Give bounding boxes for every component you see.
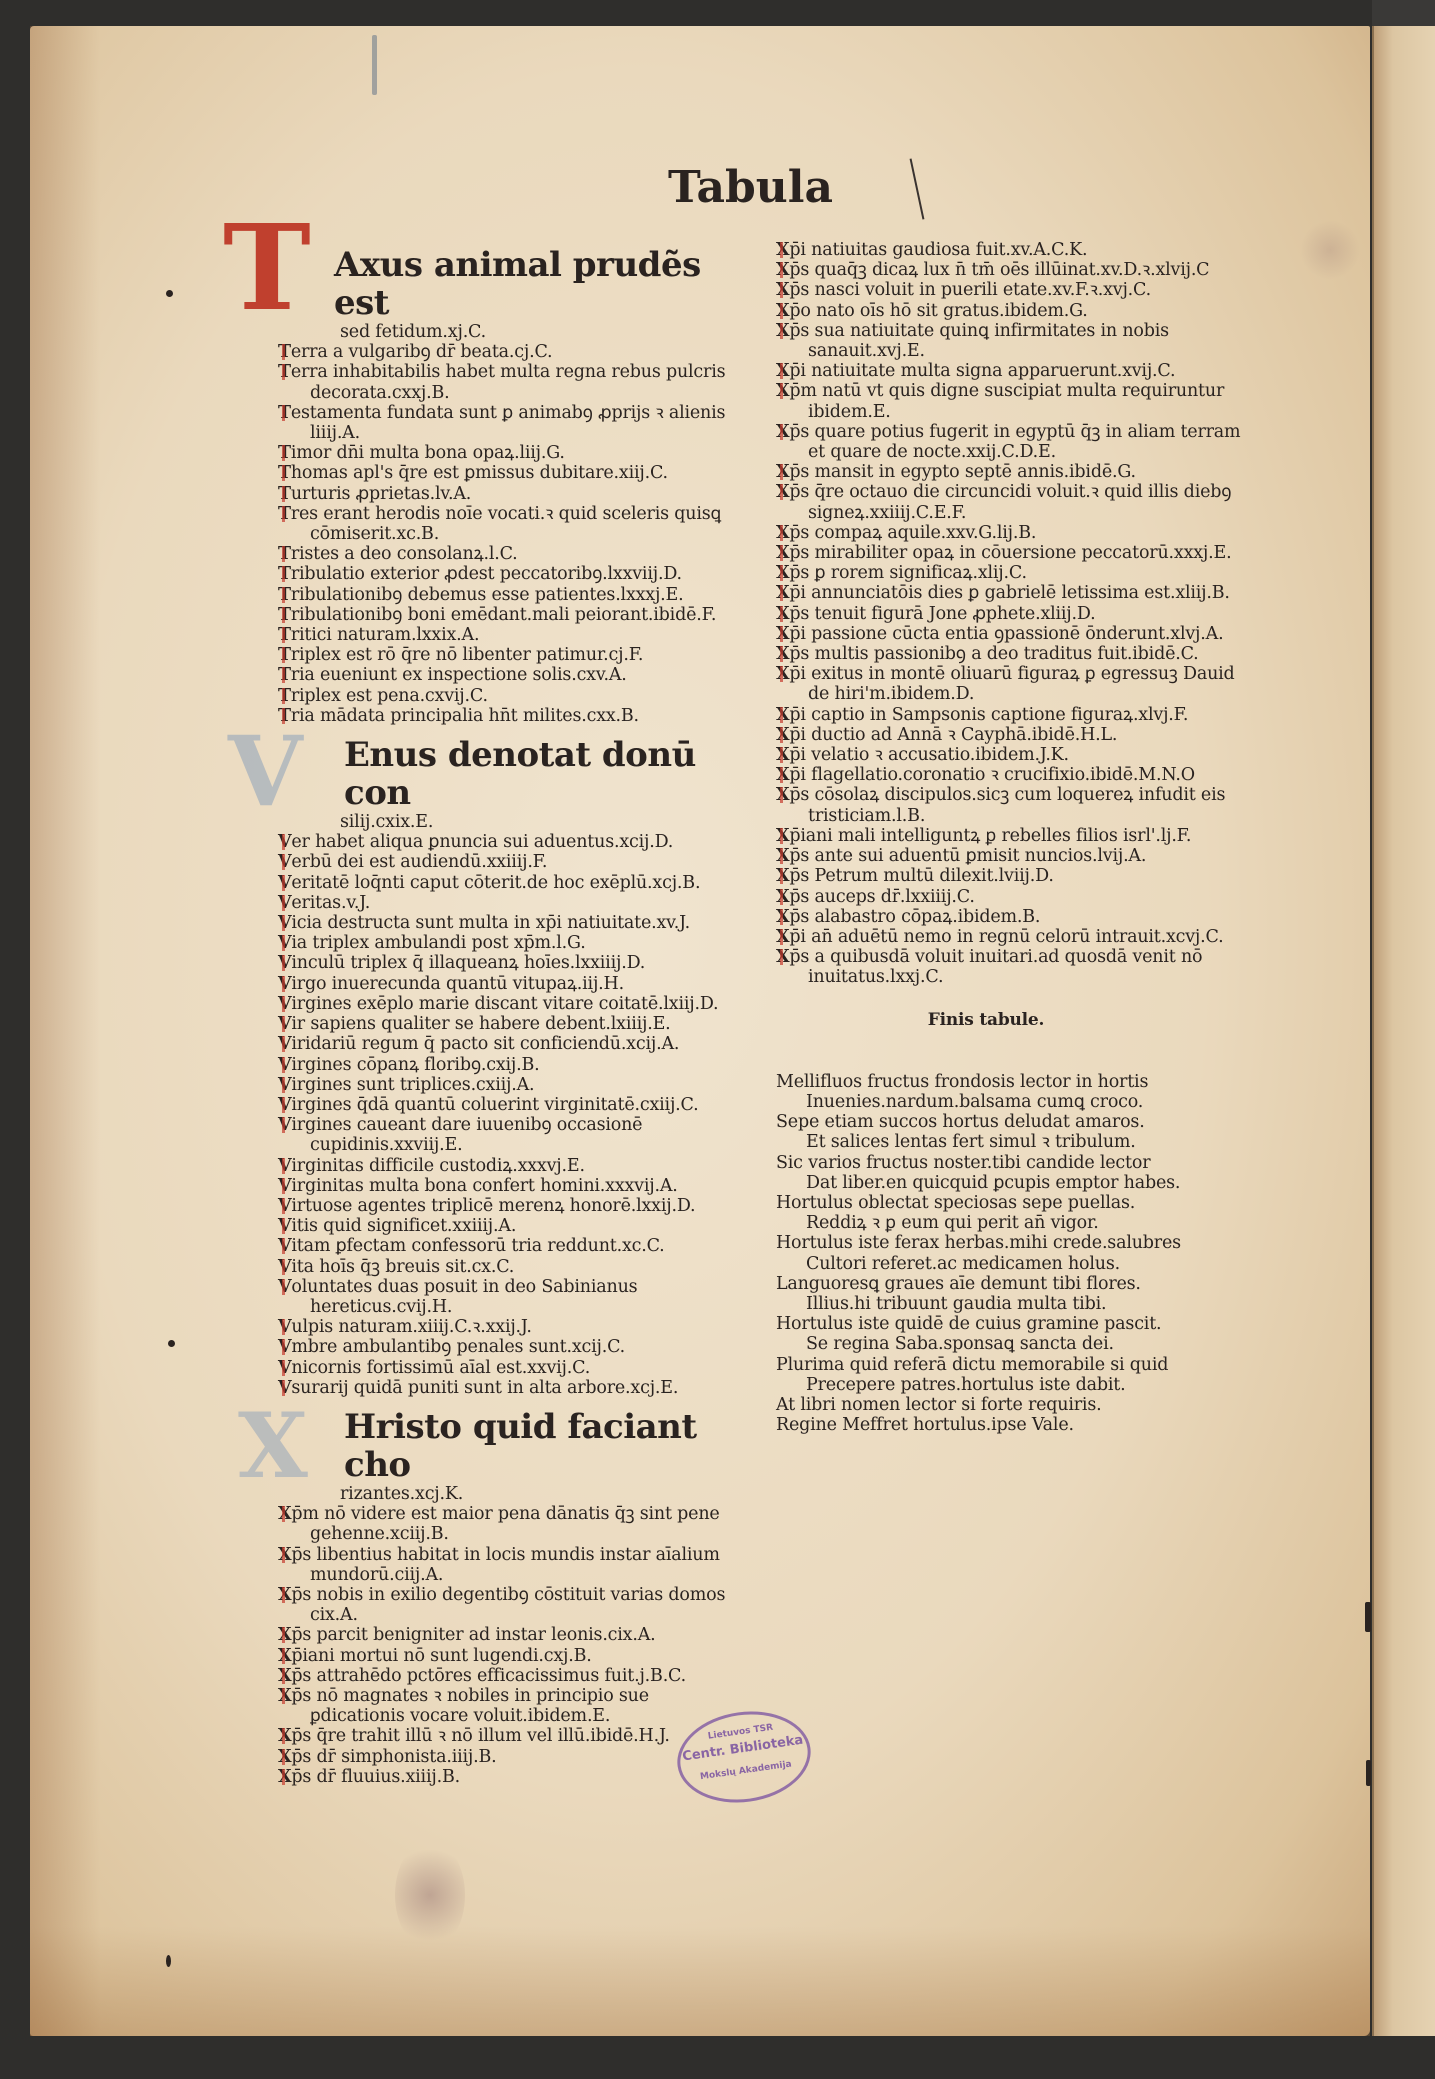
entry-text: p̄i passione cūcta entia ꝯpassionē ōnder…: [789, 624, 1223, 644]
index-entry: Xp̄m natū vt quis digne suscipiat multa …: [776, 381, 1246, 421]
index-entry: Voluntates duas posuit in deo Sabinianus…: [278, 1277, 738, 1317]
entry-text: p̄s Petrum multū dilexit.lviij.D.: [789, 866, 1053, 886]
rubricated-letter: V: [278, 832, 291, 852]
rubricated-letter: X: [776, 785, 789, 805]
entry-text: p̄s a quibusdā voluit inuitari.ad quosdā…: [789, 947, 1202, 987]
entry-text: inculū triplex q̄ illaqueanꝝ hoīes.lxxii…: [291, 953, 645, 973]
index-entry: Virgo inuerecunda quantū vitupaꝝ.iij.H.: [278, 974, 738, 994]
rubricated-letter: X: [776, 826, 789, 846]
verse-line: Regine Meffret hortulus.ipse Vale.: [776, 1415, 1246, 1435]
rubricated-letter: X: [278, 1726, 291, 1746]
rubricated-letter: T: [278, 504, 291, 524]
rubricated-letter: X: [776, 947, 789, 967]
rubricated-letter: X: [776, 927, 789, 947]
entry-list: sed fetidum.xj.C.Terra a vulgaribꝯ dr̄ b…: [278, 322, 738, 726]
index-entry: Virgines q̄dā quantū coluerint virginita…: [278, 1095, 738, 1115]
entry-text: p̄i ductio ad Annā ꝛ Cayphā.ibidē.H.L.: [789, 725, 1117, 745]
index-entry: Xp̄s cōsolaꝝ discipulos.sicꝫ cum loquere…: [776, 785, 1246, 825]
margin-dot: [168, 1340, 175, 1347]
rubricated-letter: T: [278, 585, 291, 605]
section-v: V Enus denotat donū con silij.cxix.E.Ver…: [278, 736, 738, 1398]
entry-text: p̄i flagellatio.coronatio ꝛ crucifixio.i…: [789, 765, 1194, 785]
rubricated-letter: T: [278, 342, 291, 362]
verse-line: Languoresꝗ graues aīe demunt tibi flores…: [776, 1274, 1246, 1294]
rubricated-letter: V: [278, 1358, 291, 1378]
index-entry: rizantes.xcj.K.: [278, 1484, 738, 1504]
entry-text: estamenta fundata sunt ꝑ animabꝯ ꝓprijs …: [291, 403, 725, 443]
index-entry: Xp̄s ꝑ rorem significaꝝ.xlij.C.: [776, 563, 1246, 583]
index-entry: Xp̄s q̄re trahit illū ꝛ nō illum vel ill…: [278, 1726, 738, 1746]
verse-line: Sic varios fructus noster.tibi candide l…: [776, 1153, 1246, 1173]
initial-v-faded: V: [228, 722, 302, 822]
index-entry: Vmbre ambulantibꝯ penales sunt.xcij.C.: [278, 1337, 738, 1357]
entry-text: ribulationibꝯ boni emēdant.mali peiorant…: [291, 605, 716, 625]
rubricated-letter: V: [278, 873, 291, 893]
rubricated-letter: T: [278, 665, 291, 685]
rubricated-letter: X: [776, 583, 789, 603]
entry-text: p̄i natiuitas gaudiosa fuit.xv.A.C.K.: [789, 240, 1087, 260]
entry-text: izantes.xcj.K.: [348, 1484, 463, 1504]
rubricated-letter: X: [278, 1767, 291, 1787]
rubricated-letter: X: [278, 1686, 291, 1706]
rubricated-letter: X: [278, 1666, 291, 1686]
entry-text: ia triplex ambulandi post xp̄m.l.G.: [291, 933, 585, 953]
section-heading: Hristo quid faciant cho: [278, 1408, 738, 1484]
index-entry: Xp̄s nobis in exilio degentibꝯ cōstituit…: [278, 1585, 738, 1625]
entry-text-start: r: [340, 1484, 348, 1504]
rubricated-letter: V: [278, 933, 291, 953]
rubricated-letter: X: [776, 240, 789, 260]
entry-text: irgines q̄dā quantū coluerint virginitat…: [291, 1095, 698, 1115]
index-entry: Virginitas difficile custodiꝝ.xxxvj.E.: [278, 1156, 738, 1176]
index-entry: Vicia destructa sunt multa in xp̄i natiu…: [278, 913, 738, 933]
index-entry: Xp̄s multis passionibꝯ a deo traditus fu…: [776, 644, 1246, 664]
rubricated-letter: V: [278, 1216, 291, 1236]
index-entry: Tritici naturam.lxxix.A.: [278, 625, 738, 645]
index-entry: Veritatē loq̄nti caput cōterit.de hoc ex…: [278, 873, 738, 893]
rubricated-letter: V: [278, 852, 291, 872]
index-entry: Xp̄s dr̄ simphonista.iiij.B.: [278, 1747, 738, 1767]
rubricated-letter: X: [776, 664, 789, 684]
verse-line: Illius.hi tribuunt gaudia multa tibi.: [776, 1294, 1246, 1314]
section-heading: Axus animal prudẽs est: [278, 246, 738, 322]
entry-text: p̄o nato oīs hō sit gratus.ibidem.G.: [789, 301, 1087, 321]
section-t: T Axus animal prudẽs est sed fetidum.xj.…: [278, 246, 738, 726]
rubricated-letter: X: [278, 1646, 291, 1666]
index-entry: Xp̄o nato oīs hō sit gratus.ibidem.G.: [776, 301, 1246, 321]
entry-text: p̄m nō videre est maior pena dānatis q̄ꝫ…: [291, 1504, 719, 1544]
entry-text: itam ꝑfectam confessorū tria reddunt.xc.…: [291, 1236, 664, 1256]
index-entry: Xp̄s quaq̄ꝫ dicaꝝ lux n̄ tm̄ oēs illūina…: [776, 260, 1246, 280]
index-entry: Terra a vulgaribꝯ dr̄ beata.cj.C.: [278, 342, 738, 362]
index-entry: Xp̄s quare potius fugerit in egyptū q̄ꝫ …: [776, 422, 1246, 462]
index-entry: Veritas.v.J.: [278, 893, 738, 913]
page-title: Tabula: [668, 162, 833, 213]
edge-mark: [1366, 1760, 1371, 1786]
entry-text: p̄m natū vt quis digne suscipiat multa r…: [789, 381, 1224, 421]
entry-text: eritatē loq̄nti caput cōterit.de hoc exē…: [291, 873, 700, 893]
right-column: Xp̄i natiuitas gaudiosa fuit.xv.A.C.K.Xp…: [776, 240, 1246, 1435]
rubricated-letter: X: [776, 866, 789, 886]
verse-line: Et salices lentas fert simul ꝛ tribulum.: [776, 1132, 1246, 1152]
rubricated-letter: T: [278, 362, 291, 382]
entry-text: p̄i captio in Sampsonis captione figuraꝝ…: [789, 705, 1188, 725]
margin-dot: [166, 290, 173, 297]
entry-text: irgines cōpanꝝ floribꝯ.cxij.B.: [291, 1055, 539, 1075]
index-entry: sed fetidum.xj.C.: [278, 322, 738, 342]
entry-text: p̄i annunciatōis dies ꝑ gabrielē letissi…: [789, 583, 1229, 603]
rubricated-letter: X: [278, 1545, 291, 1565]
verse-line: Inuenies.nardum.balsama cumꝗ croco.: [776, 1092, 1246, 1112]
rubricated-letter: T: [278, 564, 291, 584]
rubricated-letter: X: [776, 604, 789, 624]
verse-line: Plurima quid referā dictu memorabile si …: [776, 1355, 1246, 1375]
index-entry: Tribulationibꝯ boni emēdant.mali peioran…: [278, 605, 738, 625]
verse-line: Hortulus iste quidē de cuius gramine pas…: [776, 1314, 1246, 1334]
entry-text: p̄s nasci voluit in puerili etate.xv.F.ꝛ…: [789, 280, 1151, 300]
index-entry: Vitam ꝑfectam confessorū tria reddunt.xc…: [278, 1236, 738, 1256]
verse-line: Hortulus oblectat speciosas sepe puellas…: [776, 1193, 1246, 1213]
entry-text: p̄s dr̄ fluuius.xiiij.B.: [291, 1767, 460, 1787]
index-entry: Xp̄i passione cūcta entia ꝯpassionē ōnde…: [776, 624, 1246, 644]
entry-text: p̄s sua natiuitate quinꝗ infirmitates in…: [789, 321, 1169, 361]
rubricated-letter: V: [278, 994, 291, 1014]
index-entry: Vinculū triplex q̄ illaqueanꝝ hoīes.lxxi…: [278, 953, 738, 973]
index-entry: Vnicornis fortissimū aīal est.xxvij.C.: [278, 1358, 738, 1378]
entry-text: p̄s alabastro cōpaꝝ.ibidem.B.: [789, 907, 1040, 927]
verse-line: Mellifluos fructus frondosis lector in h…: [776, 1072, 1246, 1092]
rubricated-letter: V: [278, 893, 291, 913]
index-entry: Xp̄s compaꝝ aquile.xxv.G.lij.B.: [776, 523, 1246, 543]
index-entry: silij.cxix.E.: [278, 812, 738, 832]
entry-text: p̄iani mortui nō sunt lugendi.cxj.B.: [291, 1646, 591, 1666]
index-entry: Vir sapiens qualiter se habere debent.lx…: [278, 1014, 738, 1034]
entry-text: p̄i exitus in montē oliuarū figuraꝝ ꝑ eg…: [789, 664, 1234, 704]
entry-text: ribulationibꝯ debemus esse patientes.lxx…: [291, 585, 684, 605]
rubricated-letter: X: [776, 745, 789, 765]
index-entry: Xp̄i velatio ꝛ accusatio.ibidem.J.K.: [776, 745, 1246, 765]
rubricated-letter: T: [278, 625, 291, 645]
rubricated-letter: V: [278, 953, 291, 973]
entry-text: er habet aliqua ꝑnuncia sui aduentus.xci…: [291, 832, 673, 852]
entry-text-start: s: [340, 322, 349, 342]
index-entry: Xp̄s sua natiuitate quinꝗ infirmitates i…: [776, 321, 1246, 361]
entry-text: p̄s attrahēdo pctōres efficacissimus fui…: [291, 1666, 686, 1686]
entry-text: p̄s cōsolaꝝ discipulos.sicꝫ cum loquereꝝ…: [789, 785, 1225, 825]
index-entry: Virgines cōpanꝝ floribꝯ.cxij.B.: [278, 1055, 738, 1075]
rubricated-letter: V: [278, 1014, 291, 1034]
rubricated-letter: V: [278, 1156, 291, 1176]
verse-line: At libri nomen lector si forte requiris.: [776, 1395, 1246, 1415]
verse-line: Sepe etiam succos hortus deludat amaros.: [776, 1112, 1246, 1132]
entry-text: riplex est pena.cxvij.C.: [291, 686, 488, 706]
rubricated-letter: V: [278, 1055, 291, 1075]
entry-text: ribulatio exterior ꝓdest peccatoribꝯ.lxx…: [291, 564, 682, 584]
index-entry: Triplex est rō q̄re nō libenter patimur.…: [278, 645, 738, 665]
rubricated-letter: X: [776, 301, 789, 321]
index-entry: Xp̄s nō magnates ꝛ nobiles in principio …: [278, 1686, 738, 1726]
rubricated-letter: T: [278, 686, 291, 706]
index-entry: Verbū dei est audiendū.xxiiij.F.: [278, 852, 738, 872]
index-entry: Triplex est pena.cxvij.C.: [278, 686, 738, 706]
index-entry: Xp̄i an̄ aduētū nemo in regnū celorū int…: [776, 927, 1246, 947]
entry-text: irginitas difficile custodiꝝ.xxxvj.E.: [291, 1156, 584, 1176]
index-entry: Xp̄s parcit benigniter ad instar leonis.…: [278, 1625, 738, 1645]
entry-text: ir sapiens qualiter se habere debent.lxi…: [291, 1014, 670, 1034]
index-entry: Testamenta fundata sunt ꝑ animabꝯ ꝓprijs…: [278, 403, 738, 443]
rubricated-letter: X: [776, 462, 789, 482]
rubricated-letter: V: [278, 1196, 291, 1216]
index-entry: Xp̄i exitus in montē oliuarū figuraꝝ ꝑ e…: [776, 664, 1246, 704]
entry-text: erbū dei est audiendū.xxiiij.F.: [291, 852, 547, 872]
index-entry: Xp̄s nasci voluit in puerili etate.xv.F.…: [776, 280, 1246, 300]
entry-text: ilij.cxix.E.: [349, 812, 433, 832]
initial-x-faded: X: [238, 1396, 308, 1496]
rubricated-letter: X: [776, 705, 789, 725]
index-entry: Xp̄i ductio ad Annā ꝛ Cayphā.ibidē.H.L.: [776, 725, 1246, 745]
index-entry: Virgines exēplo marie discant vitare coi…: [278, 994, 738, 1014]
index-entry: Vita hoīs q̄ꝫ breuis sit.cx.C.: [278, 1257, 738, 1277]
index-entry: Tria mādata principalia hn̄t milites.cxx…: [278, 706, 738, 726]
entry-text: ria eueniunt ex inspectione solis.cxv.A.: [291, 665, 627, 685]
index-entry: Tribulatio exterior ꝓdest peccatoribꝯ.lx…: [278, 564, 738, 584]
index-entry: Ver habet aliqua ꝑnuncia sui aduentus.xc…: [278, 832, 738, 852]
index-entry: Turturis ꝓprietas.lv.A.: [278, 484, 738, 504]
rubricated-letter: X: [776, 543, 789, 563]
rubricated-letter: V: [278, 1236, 291, 1256]
water-stain: [1300, 220, 1360, 280]
edge-mark: [1365, 1602, 1371, 1632]
entry-text: p̄s ante sui aduentū ꝑmisit nuncios.lvij…: [789, 846, 1146, 866]
index-entry: Xp̄s auceps dr̄.lxxiiij.C.: [776, 887, 1246, 907]
index-entry: Virginitas multa bona confert homini.xxx…: [278, 1176, 738, 1196]
entry-list: silij.cxix.E.Ver habet aliqua ꝑnuncia su…: [278, 812, 738, 1398]
index-entry: Xp̄s libentius habitat in locis mundis i…: [278, 1545, 738, 1585]
index-entry: Xp̄s a quibusdā voluit inuitari.ad quosd…: [776, 947, 1246, 987]
rubricated-letter: X: [776, 725, 789, 745]
index-entry: Xp̄s ante sui aduentū ꝑmisit nuncios.lvi…: [776, 846, 1246, 866]
rubricated-letter: V: [278, 1277, 291, 1297]
rubricated-letter: X: [278, 1625, 291, 1645]
rubricated-letter: V: [278, 1034, 291, 1054]
rubricated-letter: X: [278, 1504, 291, 1524]
entry-text: p̄s mansit in egypto septē annis.ibidē.G…: [789, 462, 1135, 482]
entry-text: p̄s compaꝝ aquile.xxv.G.lij.B.: [789, 523, 1036, 543]
entry-text: irgo inuerecunda quantū vitupaꝝ.iij.H.: [291, 974, 624, 994]
index-entry: Xp̄iani mortui nō sunt lugendi.cxj.B.: [278, 1646, 738, 1666]
adjacent-page-edge: [1372, 26, 1435, 2036]
rubricated-letter: X: [776, 381, 789, 401]
entry-text-start: s: [340, 812, 349, 832]
rubricated-letter: X: [776, 422, 789, 442]
margin-dot: [166, 1955, 171, 1967]
section-x: X Hristo quid faciant cho rizantes.xcj.K…: [278, 1408, 738, 1787]
index-entry: Thomas apl's q̄re est ꝑmissus dubitare.x…: [278, 463, 738, 483]
index-entry: Xp̄i natiuitate multa signa apparuerunt.…: [776, 361, 1246, 381]
index-entry: Xp̄s attrahēdo pctōres efficacissimus fu…: [278, 1666, 738, 1686]
entry-text: ulpis naturam.xiiij.C.ꝛ.xxij.J.: [291, 1317, 531, 1337]
colophon-verse: Mellifluos fructus frondosis lector in h…: [776, 1072, 1246, 1436]
entry-text: erra a vulgaribꝯ dr̄ beata.cj.C.: [291, 342, 553, 362]
index-entry: Virgines sunt triplices.cxiij.A.: [278, 1075, 738, 1095]
rubricated-letter: V: [278, 1337, 291, 1357]
entry-text: riplex est rō q̄re nō libenter patimur.c…: [291, 645, 643, 665]
rubricated-letter: X: [776, 260, 789, 280]
entry-list: rizantes.xcj.K.Xp̄m nō videre est maior …: [278, 1484, 738, 1787]
entry-text: mbre ambulantibꝯ penales sunt.xcij.C.: [291, 1337, 625, 1357]
index-entry: Xp̄iani mali intelliguntꝝ ꝑ rebelles fil…: [776, 826, 1246, 846]
entry-text: p̄i natiuitate multa signa apparuerunt.x…: [789, 361, 1175, 381]
rubricated-letter: X: [776, 907, 789, 927]
rubricated-letter: T: [278, 403, 291, 423]
left-column: T Axus animal prudẽs est sed fetidum.xj.…: [278, 246, 738, 1787]
verse-line: Hortulus iste ferax herbas.mihi crede.sa…: [776, 1233, 1246, 1253]
entry-text: p̄i velatio ꝛ accusatio.ibidem.J.K.: [789, 745, 1069, 765]
entry-text: iridariū regum q̄ pacto sit conficiendū.…: [291, 1034, 679, 1054]
section-heading: Enus denotat donū con: [278, 736, 738, 812]
index-entry: Tristes a deo consolanꝝ.l.C.: [278, 544, 738, 564]
entry-text: ritici naturam.lxxix.A.: [291, 625, 479, 645]
index-entry: Vulpis naturam.xiiij.C.ꝛ.xxij.J.: [278, 1317, 738, 1337]
rubricated-letter: V: [278, 974, 291, 994]
entry-text: p̄s libentius habitat in locis mundis in…: [291, 1545, 719, 1585]
entry-text: p̄s quaq̄ꝫ dicaꝝ lux n̄ tm̄ oēs illūinat…: [789, 260, 1209, 280]
rubricated-letter: X: [776, 624, 789, 644]
rubricated-letter: T: [278, 463, 291, 483]
rubricated-letter: X: [776, 846, 789, 866]
entry-text: ed fetidum.xj.C.: [349, 322, 486, 342]
verse-line: Se regina Saba.sponsaꝗ sancta dei.: [776, 1334, 1246, 1354]
index-entry: Terra inhabitabilis habet multa regna re…: [278, 362, 738, 402]
rubricated-letter: V: [278, 1075, 291, 1095]
index-entry: Xp̄s mansit in egypto septē annis.ibidē.…: [776, 462, 1246, 482]
entry-text: ria mādata principalia hn̄t milites.cxx.…: [291, 706, 639, 726]
verse-line: Reddiꝝ ꝛ ꝑ eum qui perit an̄ vigor.: [776, 1213, 1246, 1233]
rubricated-letter: V: [278, 1317, 291, 1337]
index-entry: Xp̄s Petrum multū dilexit.lviij.D.: [776, 866, 1246, 886]
index-entry: Xp̄i captio in Sampsonis captione figura…: [776, 705, 1246, 725]
index-entry: Vitis quid significet.xxiiij.A.: [278, 1216, 738, 1236]
entry-text: p̄s parcit benigniter ad instar leonis.c…: [291, 1625, 655, 1645]
index-entry: Xp̄m nō videre est maior pena dānatis q̄…: [278, 1504, 738, 1544]
index-entry: Xp̄s dr̄ fluuius.xiiij.B.: [278, 1767, 738, 1787]
index-entry: Xp̄s alabastro cōpaꝝ.ibidem.B.: [776, 907, 1246, 927]
rubricated-letter: X: [776, 887, 789, 907]
entry-text: irtuose agentes triplicē merenꝝ honorē.l…: [291, 1196, 695, 1216]
entry-text: p̄s nō magnates ꝛ nobiles in principio s…: [291, 1686, 649, 1726]
finis-tabule: Finis tabule.: [776, 1010, 1246, 1030]
entry-text: p̄iani mali intelliguntꝝ ꝑ rebelles fili…: [789, 826, 1191, 846]
entry-text: surarij quidā puniti sunt in alta arbore…: [291, 1378, 678, 1398]
rubricated-letter: T: [278, 443, 291, 463]
entry-text: eritas.v.J.: [291, 893, 370, 913]
index-entry: Timor dn̄i multa bona opaꝝ.liij.G.: [278, 443, 738, 463]
verse-line: Precepere patres.hortulus iste dabit.: [776, 1375, 1246, 1395]
rubricated-letter: X: [278, 1585, 291, 1605]
entry-text: icia destructa sunt multa in xp̄i natiui…: [291, 913, 690, 933]
entry-text: ita hoīs q̄ꝫ breuis sit.cx.C.: [291, 1257, 514, 1277]
rubricated-initial-t: T: [223, 218, 311, 318]
index-entry: Tribulationibꝯ debemus esse patientes.lx…: [278, 585, 738, 605]
rubricated-letter: X: [776, 361, 789, 381]
pencil-mark: [372, 35, 377, 95]
rubricated-letter: X: [776, 280, 789, 300]
entry-list: Xp̄i natiuitas gaudiosa fuit.xv.A.C.K.Xp…: [776, 240, 1246, 988]
rubricated-letter: T: [278, 645, 291, 665]
entry-text: oluntates duas posuit in deo Sabinianus …: [291, 1277, 637, 1317]
entry-text: p̄s nobis in exilio degentibꝯ cōstituit …: [291, 1585, 725, 1625]
entry-text: urturis ꝓprietas.lv.A.: [291, 484, 471, 504]
entry-text: p̄s quare potius fugerit in egyptū q̄ꝫ i…: [789, 422, 1240, 462]
rubricated-letter: X: [776, 765, 789, 785]
index-entry: Viridariū regum q̄ pacto sit conficiendū…: [278, 1034, 738, 1054]
index-entry: Xp̄i flagellatio.coronatio ꝛ crucifixio.…: [776, 765, 1246, 785]
entry-text: p̄s q̄re octauo die circuncidi voluit.ꝛ …: [789, 482, 1231, 522]
index-entry: Xp̄s mirabiliter opaꝝ in cōuersione pecc…: [776, 543, 1246, 563]
rubricated-letter: X: [776, 482, 789, 502]
rubricated-letter: X: [776, 321, 789, 341]
index-entry: Tria eueniunt ex inspectione solis.cxv.A…: [278, 665, 738, 685]
index-entry: Virtuose agentes triplicē merenꝝ honorē.…: [278, 1196, 738, 1216]
verse-line: Dat liber.en quicquid ꝑcupis emptor habe…: [776, 1173, 1246, 1193]
rubricated-letter: T: [278, 484, 291, 504]
index-entry: Virgines caueant dare iuuenibꝯ occasionē…: [278, 1115, 738, 1155]
rubricated-letter: V: [278, 913, 291, 933]
rubricated-letter: V: [278, 1257, 291, 1277]
index-entry: Xp̄i annunciatōis dies ꝑ gabrielē letiss…: [776, 583, 1246, 603]
entry-text: p̄s tenuit figurā Jone ꝓphete.xliij.D.: [789, 604, 1095, 624]
index-entry: Tres erant herodis noīe vocati.ꝛ quid sc…: [278, 504, 738, 544]
rubricated-letter: V: [278, 1095, 291, 1115]
entry-text: erra inhabitabilis habet multa regna reb…: [291, 362, 726, 402]
rubricated-letter: V: [278, 1115, 291, 1135]
entry-text: nicornis fortissimū aīal est.xxvij.C.: [291, 1358, 590, 1378]
entry-text: res erant herodis noīe vocati.ꝛ quid sce…: [291, 504, 721, 544]
index-entry: Xp̄s q̄re octauo die circuncidi voluit.ꝛ…: [776, 482, 1246, 522]
entry-text: p̄i an̄ aduētū nemo in regnū celorū intr…: [789, 927, 1223, 947]
entry-text: p̄s multis passionibꝯ a deo traditus fui…: [789, 644, 1198, 664]
entry-text: homas apl's q̄re est ꝑmissus dubitare.xi…: [291, 463, 668, 483]
entry-text: p̄s mirabiliter opaꝝ in cōuersione pecca…: [789, 543, 1231, 563]
rubricated-letter: T: [278, 605, 291, 625]
rubricated-letter: X: [278, 1747, 291, 1767]
entry-text: p̄s dr̄ simphonista.iiij.B.: [291, 1747, 496, 1767]
entry-text: p̄s ꝑ rorem significaꝝ.xlij.C.: [789, 563, 1026, 583]
ink-stain: [395, 1840, 465, 1950]
rubricated-letter: X: [776, 563, 789, 583]
entry-text: p̄s q̄re trahit illū ꝛ nō illum vel illū…: [291, 1726, 669, 1746]
entry-text: irgines exēplo marie discant vitare coit…: [291, 994, 718, 1014]
verse-line: Cultori referet.ac medicamen holus.: [776, 1254, 1246, 1274]
index-entry: Via triplex ambulandi post xp̄m.l.G.: [278, 933, 738, 953]
index-entry: Vsurarij quidā puniti sunt in alta arbor…: [278, 1378, 738, 1398]
entry-text: irgines caueant dare iuuenibꝯ occasionē …: [291, 1115, 642, 1155]
entry-text: irginitas multa bona confert homini.xxxv…: [291, 1176, 677, 1196]
rubricated-letter: X: [776, 523, 789, 543]
rubricated-letter: V: [278, 1176, 291, 1196]
entry-text: irgines sunt triplices.cxiij.A.: [291, 1075, 534, 1095]
entry-text: ristes a deo consolanꝝ.l.C.: [291, 544, 518, 564]
rubricated-letter: X: [776, 644, 789, 664]
index-entry: Xp̄i natiuitas gaudiosa fuit.xv.A.C.K.: [776, 240, 1246, 260]
entry-text: itis quid significet.xxiiij.A.: [291, 1216, 516, 1236]
entry-text: p̄s auceps dr̄.lxxiiij.C.: [789, 887, 974, 907]
rubricated-letter: T: [278, 544, 291, 564]
entry-text: imor dn̄i multa bona opaꝝ.liij.G.: [291, 443, 565, 463]
index-entry: Xp̄s tenuit figurā Jone ꝓphete.xliij.D.: [776, 604, 1246, 624]
